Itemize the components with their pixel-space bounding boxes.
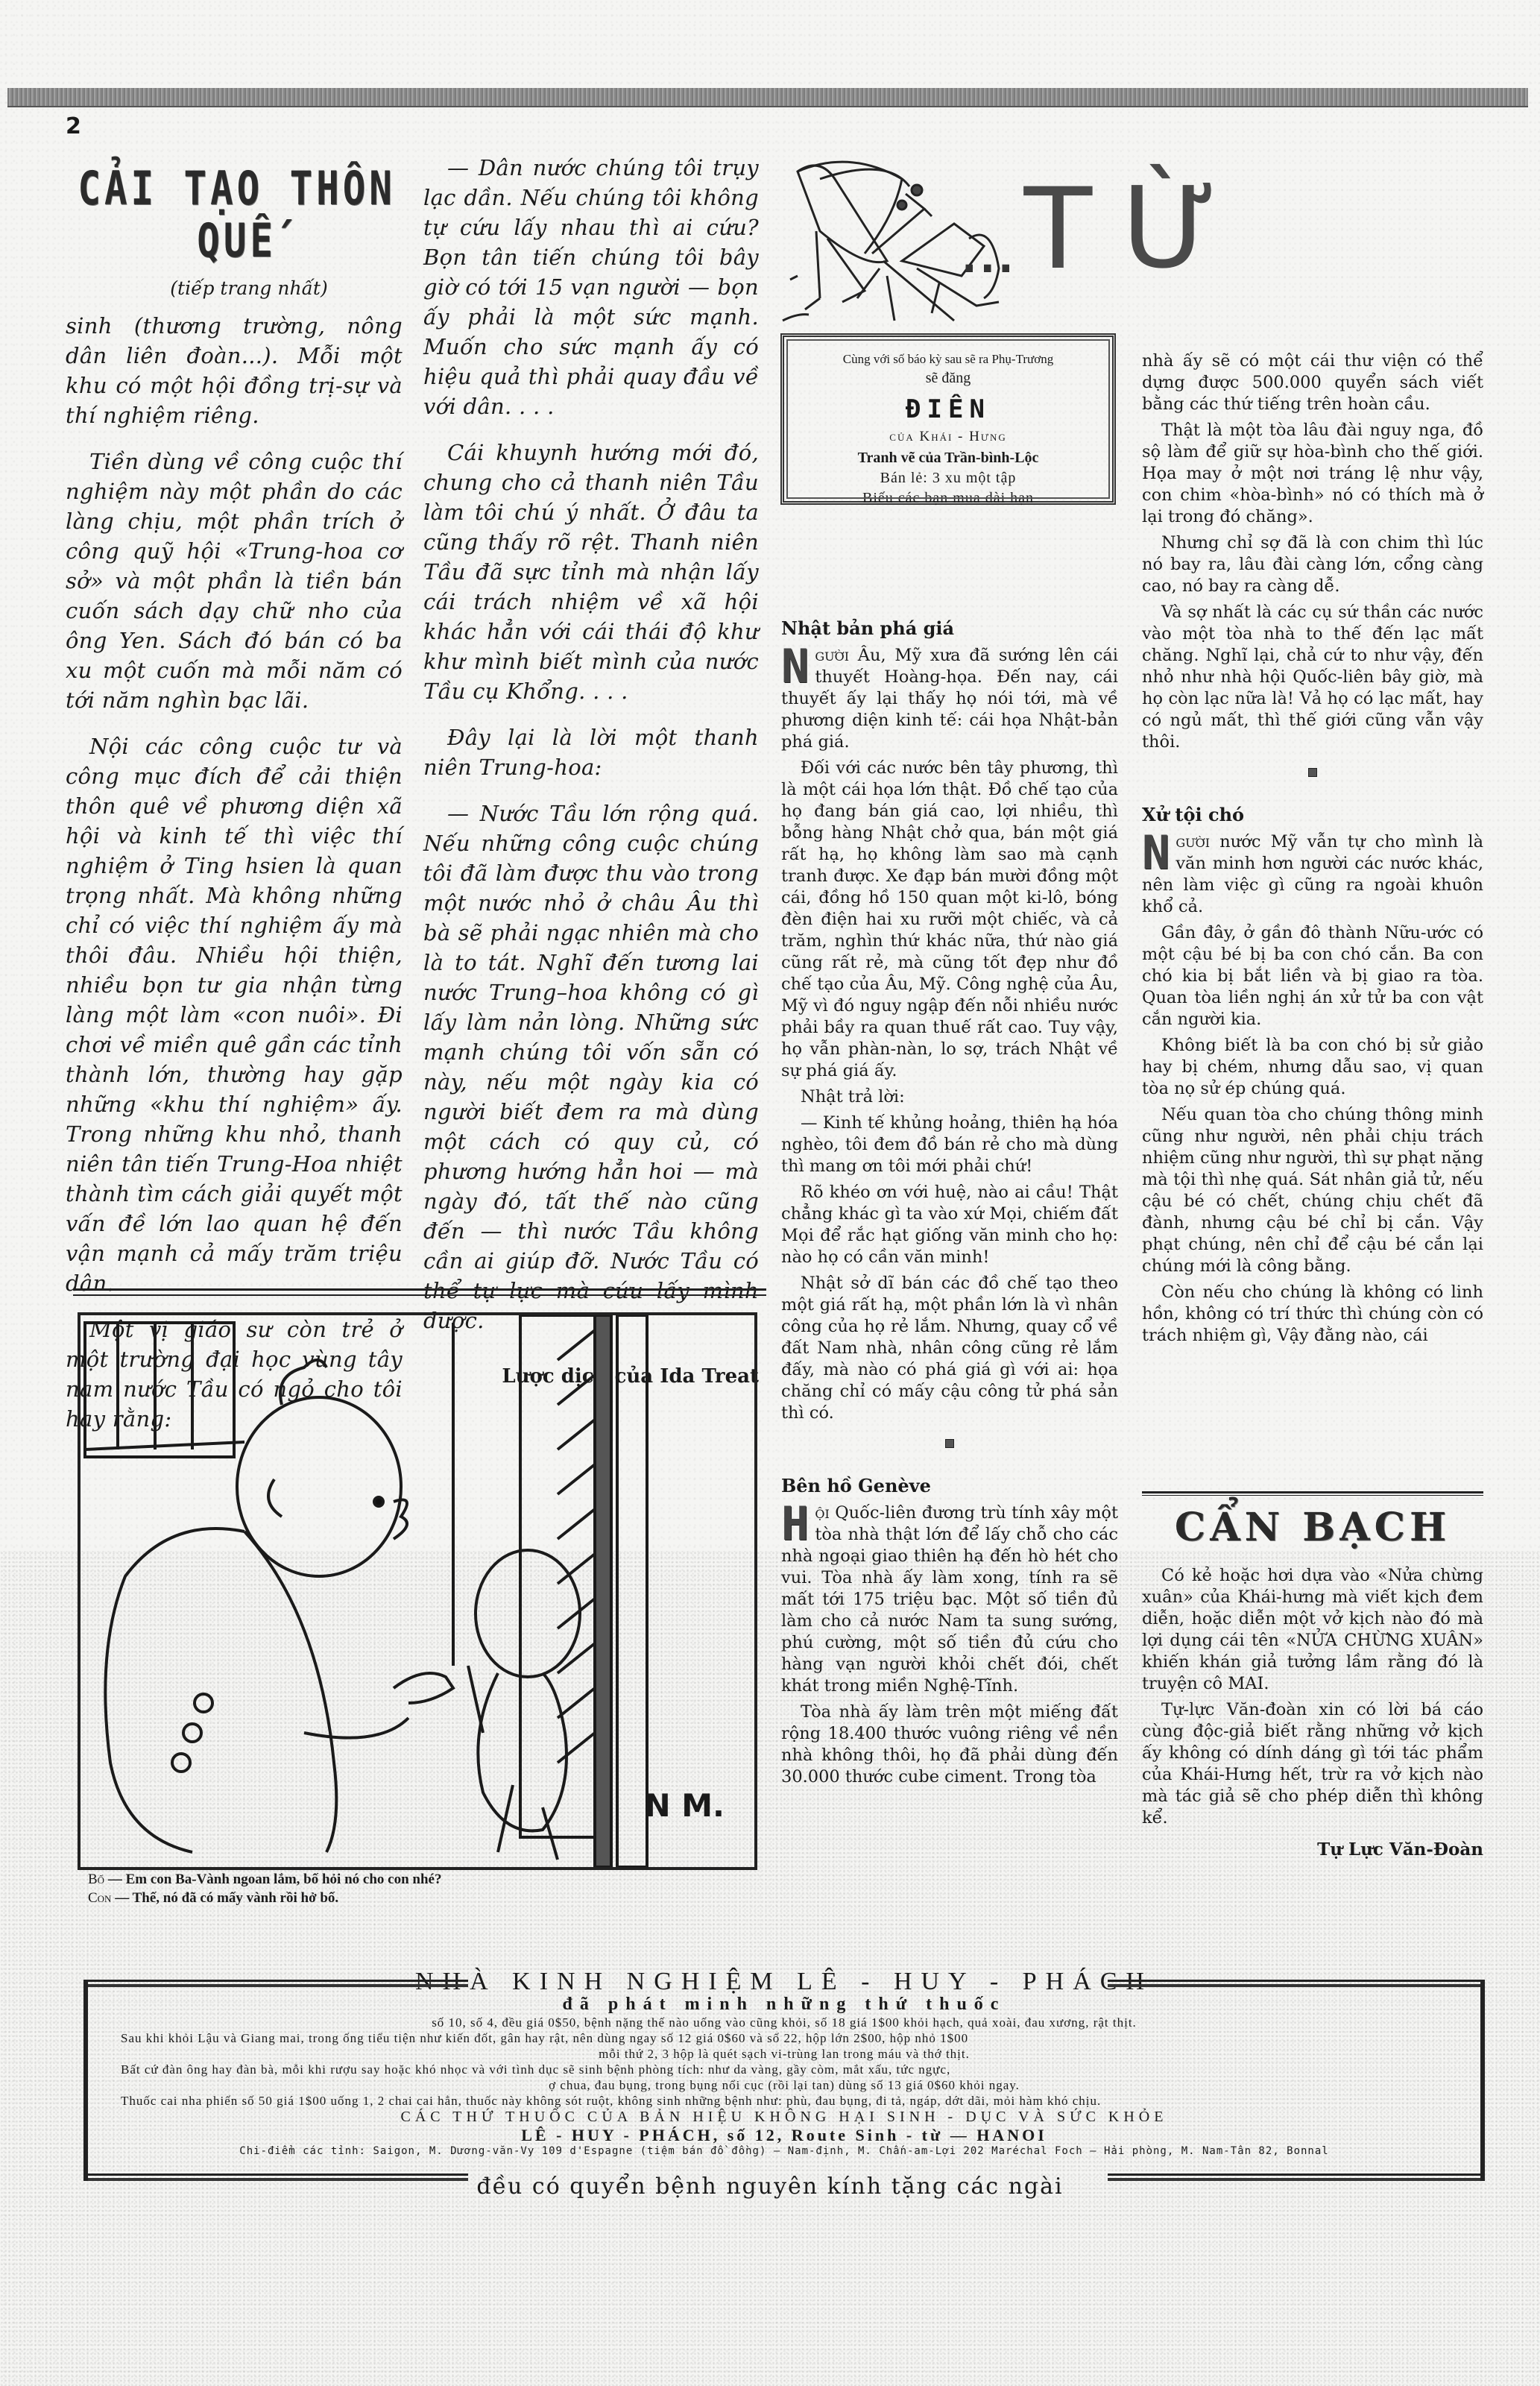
ad-line: ợ chua, đau bụng, trong bụng nổi cục (rồ… <box>88 2077 1480 2093</box>
paragraph: — Kinh tế khủng hoảng, thiên hạ hóa nghè… <box>781 1112 1118 1177</box>
section-title-nhat-ban: Nhật bản phá giá <box>781 617 1118 639</box>
column-title-tu: ... TỪ <box>962 155 1483 282</box>
ad-address: LÊ - HUY - PHÁCH, số 12, Route Sinh - từ… <box>88 2126 1480 2145</box>
ad-line: Sau khi khỏi Lậu và Giang mai, trong ống… <box>88 2030 1480 2046</box>
paragraph: Có kẻ hoặc hơi dựa vào «Nửa chừng xuân» … <box>1142 1565 1483 1695</box>
cartoon-top-rule <box>73 1288 766 1296</box>
paragraph: Hội Quốc-liên đương trù tính xây một tòa… <box>781 1502 1118 1697</box>
ad-branches: Chi-điểm các tỉnh: Saigon, M. Dương-văn-… <box>88 2145 1480 2157</box>
ad-border <box>1108 1980 1480 1987</box>
paragraph: Tự-lực Văn-đoàn xin có lời bá cáo cùng đ… <box>1142 1699 1483 1829</box>
ad-line: mỗi thứ 2, 3 hộp là quét sạch vi-trùng l… <box>88 2046 1480 2062</box>
article-cai-tao-col1: CẢI TẠO THÔN QUẾ (tiếp trang nhất) sinh … <box>66 149 403 1450</box>
ad-subtitle: đã phát minh những thứ thuốc <box>88 1995 1480 2015</box>
notice-rule <box>1142 1491 1483 1496</box>
paragraph: Và sợ nhất là các cụ sứ thần các nước và… <box>1142 602 1483 753</box>
medicine-advertisement: NHÀ KINH NGHIỆM LÊ - HUY - PHÁCH đã phát… <box>83 1980 1485 2181</box>
cartoon-illustration: N M. <box>78 1312 757 1870</box>
article-body-col1: sinh (thương trường, nông dân liên đoàn.… <box>66 311 403 1434</box>
paragraph: Nhật trả lời: <box>781 1086 1118 1108</box>
paragraph: — Dân nước chúng tôi trụy lạc dần. Nếu c… <box>423 153 759 421</box>
cartoon-drawing <box>81 1315 754 1867</box>
notice-title: CẨN BẠCH <box>1142 1505 1483 1550</box>
announcement-author: của Khái - Hưng <box>784 429 1112 445</box>
page-header-band <box>7 88 1528 107</box>
paragraph: Cái khuynh hướng mới đó, chung cho cả th… <box>423 438 759 706</box>
title-dots: ... <box>962 235 1017 282</box>
ad-line: Thuốc cai nha phiến số 50 giá 1$00 uống … <box>88 2093 1480 2109</box>
notice-signature: Tự Lực Văn-Đoàn <box>1142 1839 1483 1860</box>
paragraph: Người Âu, Mỹ xưa đã sướng lên cái thuyết… <box>781 645 1118 753</box>
paragraph: Còn nếu cho chúng là không có linh hồn, … <box>1142 1282 1483 1347</box>
drop-cap: N <box>1142 833 1170 873</box>
paragraph: Tiền dùng về công cuộc thí nghiệm này mộ… <box>66 447 403 715</box>
ad-line: Bất cứ đàn ông hay đàn bà, mỗi khi rượu … <box>88 2062 1480 2077</box>
notice-can-bach: CẨN BẠCH Có kẻ hoặc hơi dựa vào «Nửa chừ… <box>1142 1491 1483 1860</box>
title-text: TỪ <box>1024 177 1248 282</box>
paragraph: Rõ khéo ơn với huệ, nào ai cầu! Thật chẳ… <box>781 1182 1118 1268</box>
paragraph: Người nước Mỹ vẫn tự cho mình là văn min… <box>1142 831 1483 918</box>
section-title-geneve: Bên hồ Genève <box>781 1475 1118 1496</box>
ad-line: số 10, số 4, đều giá 0$50, bệnh nặng thế… <box>88 2015 1480 2030</box>
announcement-line2: sẽ đăng <box>784 370 1112 387</box>
paragraph: — Nước Tầu lớn rộng quá. Nếu những công … <box>423 799 759 1335</box>
supplement-announcement-box: Cùng với số báo kỳ sau sẽ ra Phụ-Trương … <box>780 333 1116 505</box>
page-number: 2 <box>66 113 81 139</box>
cartoonist-signature: N M. <box>644 1789 725 1822</box>
paragraph: Thật là một tòa lâu đài nguy nga, đồ sộ … <box>1142 420 1483 528</box>
article-cai-tao-col2: — Dân nước chúng tôi trụy lạc dần. Nếu c… <box>423 153 759 1388</box>
drop-cap: H <box>781 1504 809 1544</box>
article-continued-note: (tiếp trang nhất) <box>95 277 403 299</box>
article-body-col2: — Dân nước chúng tôi trụy lạc dần. Nếu c… <box>423 153 759 1335</box>
paragraph: Không biết là ba con chó bị sử giảo hay … <box>1142 1035 1483 1100</box>
paragraph: nhà ấy sẽ có một cái thư viện có thể dựn… <box>1142 350 1483 415</box>
column-3: Nhật bản phá giá Người Âu, Mỹ xưa đã sướ… <box>781 617 1118 1792</box>
column-4: nhà ấy sẽ có một cái thư viện có thể dựn… <box>1142 350 1483 1351</box>
caption-line: Bố — Em con Ba-Vành ngoan lắm, bố hỏi nó… <box>88 1870 759 1889</box>
paragraph: Đây lại là lời một thanh niên Trung-hoa: <box>423 723 759 782</box>
ad-caps-line: CÁC THỨ THUỐC CỦA BẢN HIỆU KHÔNG HẠI SIN… <box>88 2109 1480 2126</box>
cartoon-caption: Bố — Em con Ba-Vành ngoan lắm, bố hỏi nó… <box>88 1870 759 1907</box>
caption-line: Con — Thế, nó đã có mấy vành rồi hở bố. <box>88 1889 759 1907</box>
paragraph: Nhật sở dĩ bán các đồ chế tạo theo một g… <box>781 1273 1118 1424</box>
section-divider-ornament <box>1308 768 1317 777</box>
paragraph: Nếu quan tòa cho chúng thông minh cũng n… <box>1142 1104 1483 1277</box>
announcement-illustrator: Tranh vẽ của Trần-bình-Lộc <box>784 450 1112 467</box>
ad-footer: đều có quyển bệnh nguyên kính tặng các n… <box>0 2173 1540 2200</box>
drop-cap: N <box>781 646 809 687</box>
paragraph: Đối với các nước bên tây phương, thì là … <box>781 758 1118 1082</box>
paragraph: sinh (thương trường, nông dân liên đoàn.… <box>66 311 403 430</box>
paragraph: Nhưng chỉ sợ đã là con chim thì lúc nó b… <box>1142 532 1483 597</box>
announcement-line1: Cùng với số báo kỳ sau sẽ ra Phụ-Trương <box>784 352 1112 367</box>
announcement-title: ĐIÊN <box>784 394 1112 424</box>
ad-border <box>88 1980 468 1987</box>
paragraph: Nội các công cuộc tư và công mục đích để… <box>66 731 403 1298</box>
paragraph: Tòa nhà ấy làm trên một miếng đất rộng 1… <box>781 1702 1118 1788</box>
paragraph: Gần đây, ở gần đô thành Nữu-ước có một c… <box>1142 922 1483 1030</box>
announcement-subscribers: Biếu các bạn mua dài hạn <box>784 490 1112 507</box>
section-divider-ornament <box>945 1439 954 1448</box>
section-title-xu-toi-cho: Xử tội chó <box>1142 804 1483 825</box>
article-headline: CẢI TẠO THÔN QUẾ <box>66 163 408 267</box>
announcement-price: Bán lẻ: 3 xu một tập <box>784 470 1112 487</box>
